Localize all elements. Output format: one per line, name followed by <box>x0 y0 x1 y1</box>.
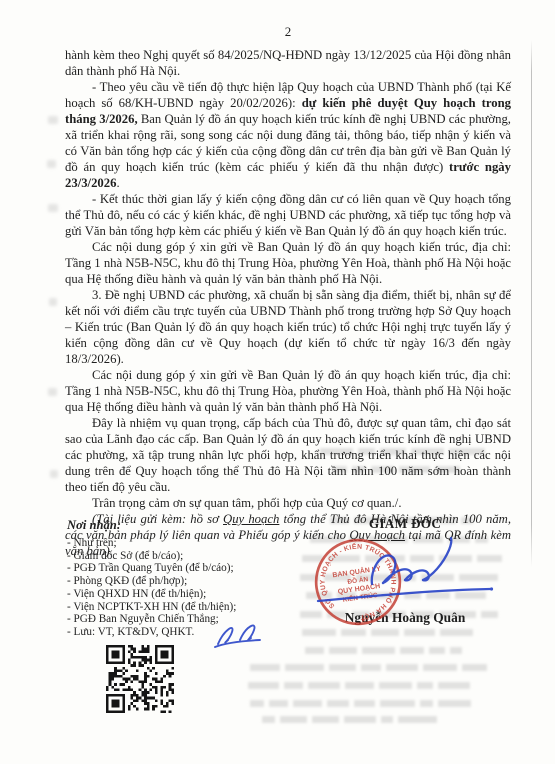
bleed-through-spot <box>48 388 57 396</box>
bleed-through-line <box>262 716 452 723</box>
bleed-through-line <box>302 629 494 636</box>
document-page: 2 hành kèm theo Nghị quyết số 84/2025/NQ… <box>0 0 555 764</box>
recipient-item: - Phòng QKĐ (để ph/hợp); <box>67 575 236 588</box>
paragraph: Trân trọng cảm ơn sự quan tâm, phối hợp … <box>65 495 511 511</box>
bleed-through-spot <box>48 204 58 212</box>
recipient-item: - Viện NCPTKT-XH HN (để th/hiện); <box>67 601 236 614</box>
paragraph: Đây là nhiệm vụ quan trọng, cấp bách của… <box>65 415 511 495</box>
bleed-through-spot <box>49 298 57 306</box>
paragraph: 3. Đề nghị UBND các phường, xã chuẩn bị … <box>65 287 511 367</box>
recipient-item: - PGĐ Trần Quang Tuyên (để b/cáo); <box>67 562 236 575</box>
bleed-through-spot <box>50 470 58 478</box>
recipients-label: Nơi nhận: <box>67 518 121 533</box>
recipient-item: - Giám đốc Sở (để b/cáo); <box>67 550 236 563</box>
bleed-through-line <box>250 700 488 707</box>
bleed-through-spot <box>47 160 56 168</box>
bleed-through-line <box>305 647 485 654</box>
bleed-through-line <box>250 664 490 671</box>
bleed-through-line <box>248 682 490 689</box>
paragraph: - Kết thúc thời gian lấy ý kiến cộng đồn… <box>65 191 511 239</box>
qr-code <box>106 644 174 714</box>
page-number: 2 <box>65 24 511 40</box>
body-paragraphs: hành kèm theo Nghị quyết số 84/2025/NQ-H… <box>65 47 511 559</box>
recipient-item: - Như trên; <box>67 537 236 550</box>
paragraph: Các nội dung góp ý xin gửi về Ban Quản l… <box>65 239 511 287</box>
paragraph: - Theo yêu cầu về tiến độ thực hiện lập … <box>65 79 511 191</box>
signature-initials-ink <box>210 616 266 652</box>
signature-ink <box>300 525 555 617</box>
scan-artifact-line <box>531 40 532 567</box>
bleed-through-spot <box>48 116 58 124</box>
recipient-item: - Viện QHXD HN (để th/hiện); <box>67 588 236 601</box>
paragraph: Các nội dung góp ý xin gửi về Ban Quản l… <box>65 367 511 415</box>
paragraph: hành kèm theo Nghị quyết số 84/2025/NQ-H… <box>65 47 511 79</box>
